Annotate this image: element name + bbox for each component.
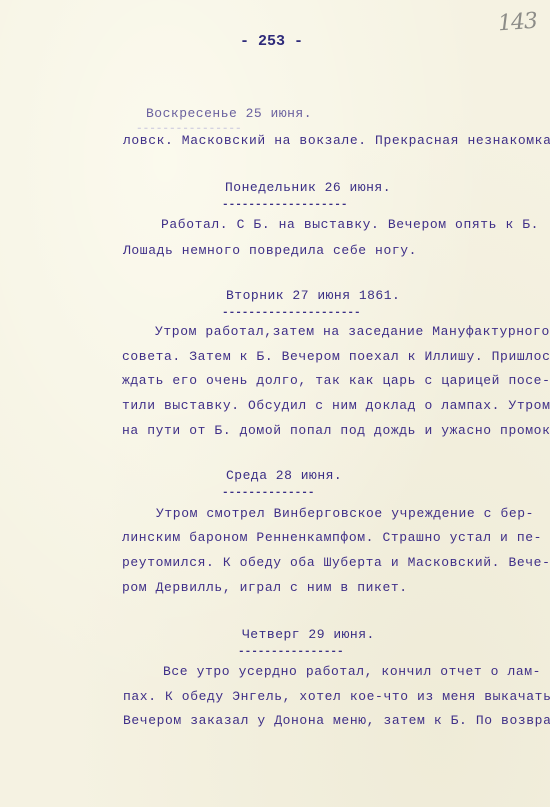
text-line: линским бароном Ренненкампфом. Страшно у…	[122, 530, 542, 545]
text-line: Лошадь немного повредила себе ногу.	[123, 243, 417, 258]
text-line: реутомился. К обеду оба Шуберта и Масков…	[122, 555, 550, 570]
entry-heading-wednesday: Среда 28 июня.	[226, 468, 342, 483]
text-line: ром Дервилль, играл с ним в пикет.	[122, 580, 408, 595]
entry-heading-tuesday: Вторник 27 июня 1861.	[226, 288, 400, 303]
text-line: пах. К обеду Энгель, хотел кое-что из ме…	[123, 689, 550, 704]
entry-heading-thursday: Четверг 29 июня.	[242, 627, 375, 642]
text-line: на пути от Б. домой попал под дождь и уж…	[122, 423, 550, 438]
text-line: Вечером заказал у Донона меню, затем к Б…	[123, 713, 550, 728]
entry-heading-sunday: Воскресенье 25 июня.	[146, 106, 312, 121]
text-line: Утром смотрел Винберговское учреждение с…	[156, 506, 534, 521]
heading-underline: -------------------	[222, 200, 347, 210]
heading-underline: --------------	[222, 488, 314, 498]
text-line: ловск. Масковский на вокзале. Прекрасная…	[123, 133, 550, 148]
document-page: 143 - 253 - Воскресенье 25 июня. -------…	[0, 0, 550, 807]
text-line: тили выставку. Обсудил с ним доклад о ла…	[122, 398, 550, 413]
heading-underline: ----------------	[238, 647, 344, 657]
text-line: Утром работал,затем на заседание Мануфак…	[155, 324, 550, 339]
text-line: совета. Затем к Б. Вечером поехал к Илли…	[122, 349, 550, 364]
text-line: Все утро усердно работал, кончил отчет о…	[163, 664, 541, 679]
text-line: Работал. С Б. на выставку. Вечером опять…	[161, 217, 539, 232]
heading-underline: ---------------------	[222, 308, 361, 318]
entry-heading-monday: Понедельник 26 июня.	[225, 180, 391, 195]
archive-folio-number: 143	[497, 9, 538, 37]
page-number: - 253 -	[240, 33, 303, 50]
text-line: ждать его очень долго, так как царь с ца…	[122, 373, 550, 388]
